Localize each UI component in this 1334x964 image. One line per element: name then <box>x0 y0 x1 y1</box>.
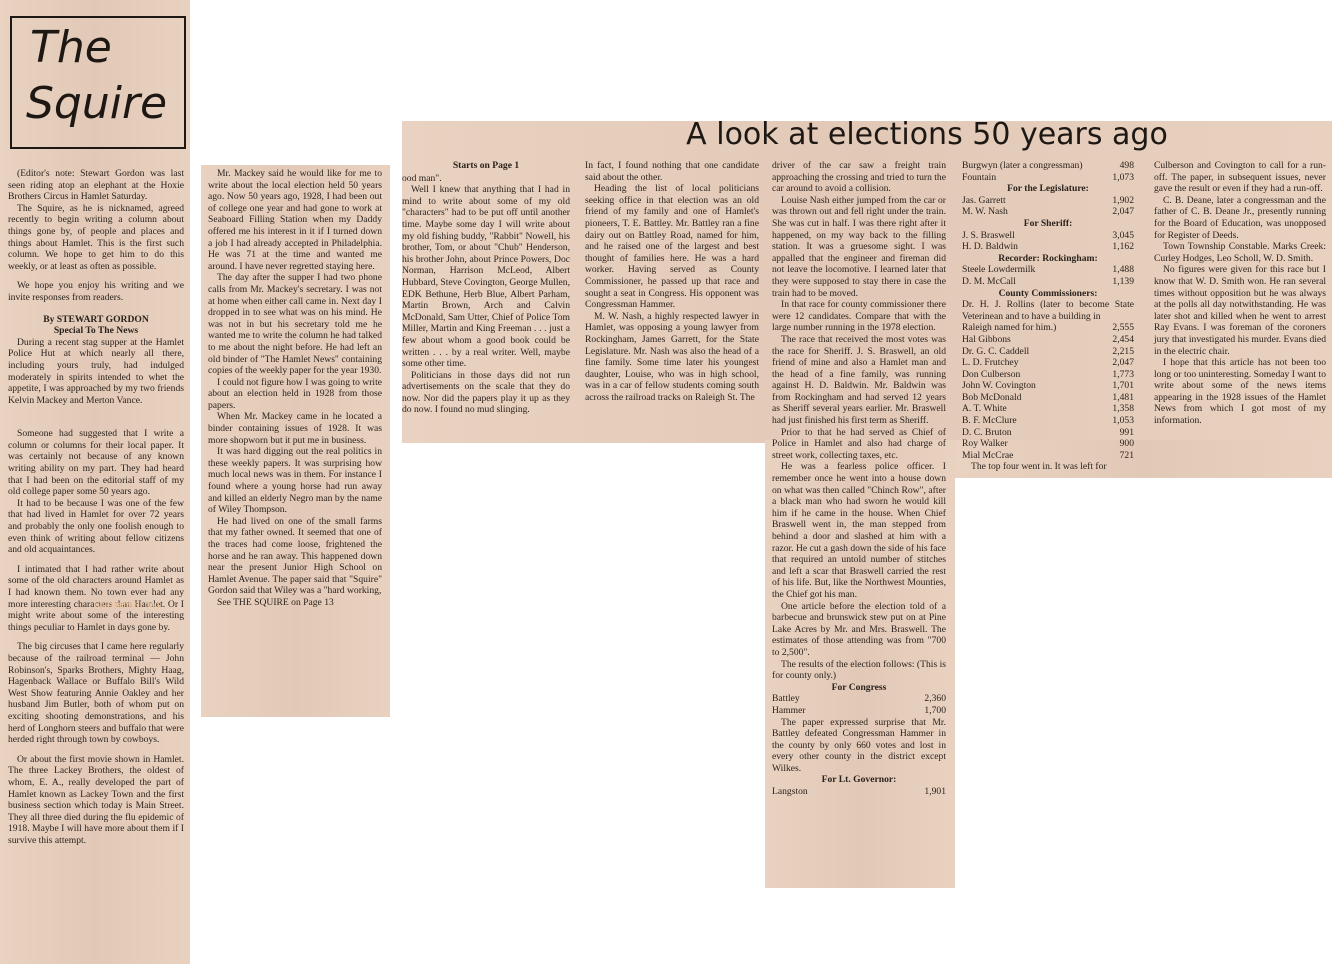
vote-count: 2,360 <box>924 693 946 705</box>
vote-count: 1,773 <box>1112 369 1134 381</box>
paragraph: Town Township Constable. Marks Creek: Cu… <box>1154 241 1326 264</box>
article-column-2: In fact, I found nothing that one candid… <box>585 160 759 403</box>
candidate-name: Bob McDonald <box>962 392 1021 404</box>
paragraph: One article before the election told of … <box>772 601 946 659</box>
candidate-name: Raleigh named for him.) <box>962 322 1056 334</box>
editors-note: The Squire, as he is nicknamed, agreed r… <box>8 203 184 273</box>
candidate-name: Battley <box>772 693 800 705</box>
paragraph: The big circuses that I came here regula… <box>8 641 184 745</box>
starts-on-page: Starts on Page 1 <box>402 160 570 172</box>
see-page-label: See THE SQUIRE on Page <box>217 597 322 608</box>
candidate-name: J. S. Braswell <box>962 230 1015 242</box>
vote-count: 1,902 <box>1112 195 1134 207</box>
paragraph: During a recent stag supper at the Hamle… <box>8 337 184 407</box>
vote-count: 2,454 <box>1112 334 1134 346</box>
paragraph: Or about the first movie shown in Hamlet… <box>8 754 184 847</box>
result-row: D. M. McCall1,139 <box>962 276 1134 288</box>
editors-note: We hope you enjoy his writing and we inv… <box>8 280 184 303</box>
paragraph: Mr. Mackey said he would like for me to … <box>208 168 382 272</box>
vote-count: 2,555 <box>1112 322 1134 334</box>
result-row: Steele Lowdermilk1,488 <box>962 264 1134 276</box>
editors-note: (Editor's note: Stewart Gordon was last … <box>8 168 184 203</box>
article-column-3: driver of the car saw a freight train ap… <box>772 160 946 798</box>
vote-count: 1,053 <box>1112 415 1134 427</box>
vote-count: 991 <box>1120 427 1134 439</box>
paragraph: Heading the list of local politicians se… <box>585 183 759 311</box>
result-row: Mial McCrae721 <box>962 450 1134 462</box>
vote-count: 2,215 <box>1112 346 1134 358</box>
candidate-name: B. F. McClure <box>962 415 1017 427</box>
vote-count: 1,139 <box>1112 276 1134 288</box>
paragraph: It was hard digging out the real politic… <box>208 446 382 516</box>
paragraph: When Mr. Mackey came in he located a bin… <box>208 411 382 446</box>
result-row: Raleigh named for him.)2,555 <box>962 322 1134 334</box>
paragraph: ood man". <box>402 173 570 185</box>
clipping-squire-continued: Mr. Mackey said he would like for me to … <box>201 165 390 717</box>
results-heading-legislature: For the Legislature: <box>962 183 1134 195</box>
result-row: Don Culberson1,773 <box>962 369 1134 381</box>
paragraph: The race that received the most votes wa… <box>772 334 946 427</box>
paragraph: Louise Nash either jumped from the car o… <box>772 195 946 299</box>
paragraph: In that race for county commissioner the… <box>772 299 946 334</box>
candidate-name: Jas. Garrett <box>962 195 1006 207</box>
paragraph: driver of the car saw a freight train ap… <box>772 160 946 195</box>
watermark: OurHamlet.org <box>94 600 160 611</box>
see-page-jump: See THE SQUIRE on Page 13 <box>208 597 382 609</box>
paragraph: The paper expressed surprise that Mr. Ba… <box>772 717 946 775</box>
article-column-4: Burgwyn (later a congressman)498 Fountai… <box>962 160 1134 473</box>
result-row: Battley2,360 <box>772 693 946 705</box>
vote-count: 1,162 <box>1112 241 1134 253</box>
candidate-name: Hammer <box>772 705 806 717</box>
article-headline: A look at elections 50 years ago <box>402 116 1332 154</box>
byline: By STEWART GORDON <box>8 314 184 326</box>
result-row: L. D. Frutchey2,047 <box>962 357 1134 369</box>
left-column-text: (Editor's note: Stewart Gordon was last … <box>8 168 184 846</box>
candidate-name: D. C. Bruton <box>962 427 1012 439</box>
candidate-name: Roy Walker <box>962 438 1008 450</box>
result-row: H. D. Baldwin1,162 <box>962 241 1134 253</box>
result-row: B. F. McClure1,053 <box>962 415 1134 427</box>
paragraph: He was a fearless police officer. I reme… <box>772 461 946 600</box>
middle-column-text: Mr. Mackey said he would like for me to … <box>208 168 382 609</box>
vote-count: 1,700 <box>924 705 946 717</box>
candidate-name: Dr. G. C. Caddell <box>962 346 1029 358</box>
candidate-name: D. M. McCall <box>962 276 1016 288</box>
result-row: Dr. G. C. Caddell2,215 <box>962 346 1134 358</box>
candidate-name: Langston <box>772 786 808 798</box>
paragraph: Politicians in those days did not run ad… <box>402 370 570 416</box>
candidate-name: Burgwyn (later a congressman) <box>962 160 1083 172</box>
candidate-name: M. W. Nash <box>962 206 1008 218</box>
results-heading-commissioners: County Commissioners: <box>962 288 1134 300</box>
vote-count: 1,701 <box>1112 380 1134 392</box>
vote-count: 1,358 <box>1112 403 1134 415</box>
paragraph: The top four went in. It was left for <box>962 461 1134 473</box>
vote-count: 1,073 <box>1112 172 1134 184</box>
results-heading-lt-governor: For Lt. Governor: <box>772 774 946 786</box>
candidate-name: A. T. White <box>962 403 1007 415</box>
vote-count: 1,488 <box>1112 264 1134 276</box>
result-row: Hammer1,700 <box>772 705 946 717</box>
paragraph: No figures were given for this race but … <box>1154 264 1326 357</box>
candidate-name: Steele Lowdermilk <box>962 264 1035 276</box>
column-title-line2: Squire <box>26 80 167 128</box>
vote-count: 721 <box>1120 450 1134 462</box>
vote-count: 900 <box>1120 438 1134 450</box>
article-column-1: Starts on Page 1 ood man". Well I knew t… <box>402 160 570 416</box>
paragraph: Prior to that he had served as Chief of … <box>772 427 946 462</box>
candidate-name: John W. Covington <box>962 380 1036 392</box>
result-row: Roy Walker900 <box>962 438 1134 450</box>
results-heading-congress: For Congress <box>772 682 946 694</box>
result-row: John W. Covington1,701 <box>962 380 1134 392</box>
column-title-box: The Squire <box>10 16 186 149</box>
vote-count: 1,901 <box>924 786 946 798</box>
result-row: Burgwyn (later a congressman)498 <box>962 160 1134 172</box>
candidate-name: Hal Gibbons <box>962 334 1011 346</box>
column-title-line1: The <box>30 24 112 72</box>
results-heading-sheriff: For Sheriff: <box>962 218 1134 230</box>
vote-count: 3,045 <box>1112 230 1134 242</box>
byline-sub: Special To The News <box>8 325 184 337</box>
paragraph: I hope that this article has not been to… <box>1154 357 1326 427</box>
paragraph: He had lived on one of the small farms t… <box>208 516 382 597</box>
paragraph: I intimated that I had rather write abou… <box>8 564 184 634</box>
see-page-number: 13 <box>324 597 334 608</box>
result-row: Jas. Garrett1,902 <box>962 195 1134 207</box>
result-row: A. T. White1,358 <box>962 403 1134 415</box>
result-row: J. S. Braswell3,045 <box>962 230 1134 242</box>
candidate-name: L. D. Frutchey <box>962 357 1019 369</box>
article-column-5: Culberson and Covington to call for a ru… <box>1154 160 1326 427</box>
results-heading-recorder: Recorder: Rockingham: <box>962 253 1134 265</box>
paragraph: Someone had suggested that I write a col… <box>8 428 184 498</box>
commissioner-note: Dr. H. J. Rollins (later to become State… <box>962 299 1134 322</box>
result-row: D. C. Bruton991 <box>962 427 1134 439</box>
candidate-name: H. D. Baldwin <box>962 241 1018 253</box>
vote-count: 2,047 <box>1112 357 1134 369</box>
candidate-name: Mial McCrae <box>962 450 1013 462</box>
paragraph: The results of the election follows: (Th… <box>772 659 946 682</box>
result-row: Fountain1,073 <box>962 172 1134 184</box>
result-row: Hal Gibbons2,454 <box>962 334 1134 346</box>
result-row: Langston1,901 <box>772 786 946 798</box>
paragraph: It had to be because I was one of the fe… <box>8 498 184 556</box>
candidate-name: Fountain <box>962 172 996 184</box>
paragraph: M. W. Nash, a highly respected lawyer in… <box>585 311 759 404</box>
result-row: M. W. Nash2,047 <box>962 206 1134 218</box>
paragraph: C. B. Deane, later a congressman and the… <box>1154 195 1326 241</box>
clipping-the-squire: The Squire (Editor's note: Stewart Gordo… <box>0 0 190 964</box>
vote-count: 498 <box>1120 160 1134 172</box>
vote-count: 2,047 <box>1112 206 1134 218</box>
candidate-name: Don Culberson <box>962 369 1020 381</box>
result-row: Bob McDonald1,481 <box>962 392 1134 404</box>
paragraph: Culberson and Covington to call for a ru… <box>1154 160 1326 195</box>
vote-count: 1,481 <box>1112 392 1134 404</box>
paragraph: The day after the supper I had two phone… <box>208 272 382 376</box>
paragraph: Well I knew that anything that I had in … <box>402 184 570 370</box>
paragraph: I could not figure how I was going to wr… <box>208 377 382 412</box>
paragraph: In fact, I found nothing that one candid… <box>585 160 759 183</box>
